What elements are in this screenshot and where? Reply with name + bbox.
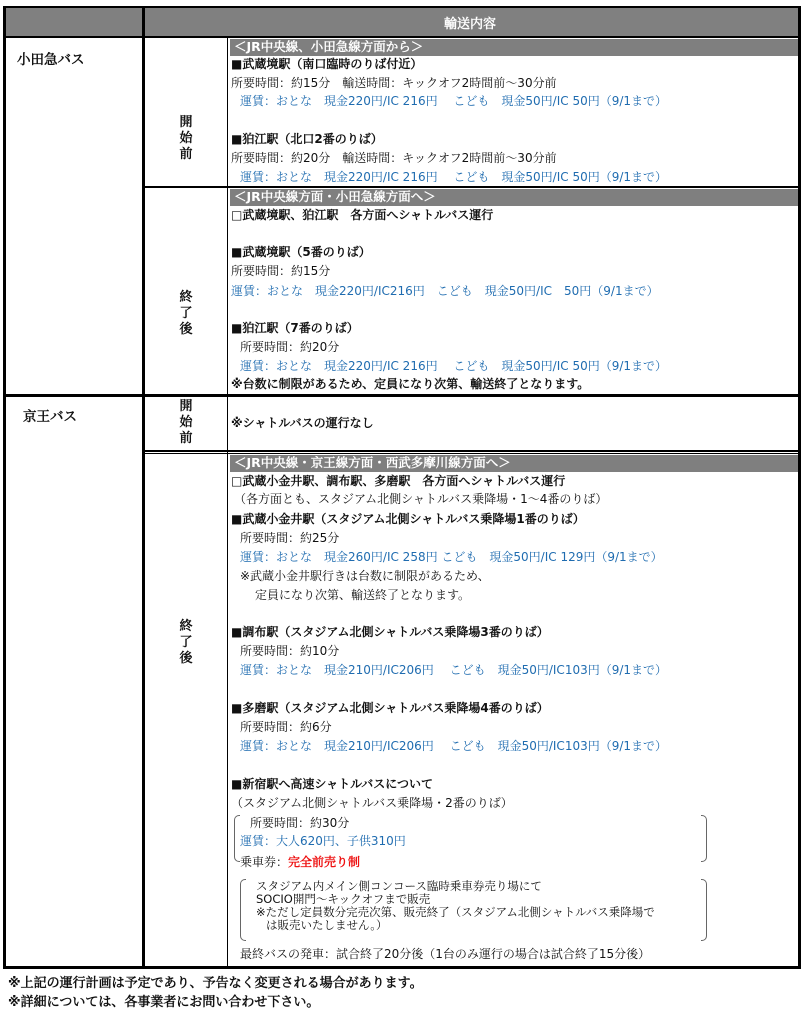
bracket <box>701 879 707 941</box>
stop-name: ■武蔵境駅（南口臨時のりば付近） <box>231 57 422 72</box>
phase-label-after: 終了後 <box>178 619 194 667</box>
stop-name: ■調布駅（スタジアム北側シャトルバス乗降場3番のりば） <box>231 625 549 640</box>
route-summary-sub: （各方面とも、スタジアム北側シャトルバス乗降場・1～4番のりば） <box>234 492 607 507</box>
last-bus: 最終バスの発車：試合終了20分後（1台のみ運行の場合は試合終了15分後） <box>240 947 650 962</box>
stop-note: 定員になり次第、輸送終了となります。 <box>255 588 470 603</box>
header-title: 輸送内容 <box>444 13 496 32</box>
footer-note: ※詳細については、各事業者にお問い合わせ下さい。 <box>8 991 319 1010</box>
stop-name: ■武蔵境駅（5番のりば） <box>231 245 371 260</box>
express-title: ■新宿駅へ高速シャトルバスについて <box>231 777 433 792</box>
bracket <box>701 815 707 862</box>
stop-name: ■武蔵小金井駅（スタジアム北側シャトルバス乗降場1番のりば） <box>231 512 585 527</box>
express-fare: 運賃：大人620円、子供310円 <box>240 834 406 849</box>
express-location: （スタジアム北側シャトルバス乗降場・2番のりば） <box>231 796 513 811</box>
travel-time: 所要時間：約25分 <box>240 531 339 546</box>
phase-label-after: 終了後 <box>178 290 194 338</box>
fare: 運賃：おとな 現金220円/IC 216円 こども 現金50円/IC 50円（9… <box>240 359 667 374</box>
capacity-note: ※台数に制限があるため、定員になり次第、輸送終了となります。 <box>231 377 589 392</box>
stop-name: ■狛江駅（北口2番のりば） <box>231 132 383 147</box>
border <box>3 6 6 969</box>
ticket-value: 完全前売り制 <box>288 855 360 869</box>
bracket <box>240 879 246 941</box>
stop-name: ■多磨駅（スタジアム北側シャトルバス乗降場4番のりば） <box>231 701 549 716</box>
footer-note: ※上記の運行計画は予定であり、予告なく変更される場合があります。 <box>8 972 423 991</box>
stop-name: ■狛江駅（7番のりば） <box>231 321 359 336</box>
ticket-label: 乗車券： <box>240 855 288 869</box>
operator-name: 京王バス <box>23 405 77 425</box>
fare: 運賃：おとな 現金220円/IC 216円 こども 現金50円/IC 50円（9… <box>240 94 667 109</box>
border <box>227 38 228 967</box>
fare: 運賃：おとな 現金220円/IC216円 こども 現金50円/IC 50円（9/… <box>231 284 659 299</box>
fare: 運賃：おとな 現金260円/IC 258円 こども 現金50円/IC 129円（… <box>240 550 663 565</box>
travel-time: 所要時間：約20分 輸送時間：キックオフ2時間前～30分前 <box>231 151 557 166</box>
fare: 運賃：おとな 現金210円/IC206円 こども 現金50円/IC103円（9/… <box>240 663 667 678</box>
border <box>142 453 801 454</box>
travel-time: 所要時間：約15分 輸送時間：キックオフ2時間前～30分前 <box>231 76 557 91</box>
route-summary: □武蔵境駅、狛江駅 各方面へシャトルバス運行 <box>231 208 493 223</box>
travel-time: 所要時間：約20分 <box>240 340 339 355</box>
border <box>3 966 801 969</box>
border <box>142 450 801 452</box>
fare: 運賃：おとな 現金220円/IC 216円 こども 現金50円/IC 50円（9… <box>240 170 667 185</box>
travel-time: 所要時間：約10分 <box>240 644 339 659</box>
phase-label-before: 開始前 <box>178 399 194 447</box>
section-title: ＜JR中央線・京王線方面・西武多摩川線方面へ＞ <box>230 455 798 472</box>
operator-name: 小田急バス <box>17 48 85 68</box>
sales-info: は販売いたしません。） <box>266 919 387 932</box>
stop-note: ※武蔵小金井駅行きは台数に制限があるため、 <box>240 569 490 584</box>
border <box>798 6 801 969</box>
border <box>3 6 801 8</box>
express-time: 所要時間：約30分 <box>250 816 349 831</box>
travel-time: 所要時間：約6分 <box>240 720 332 735</box>
travel-time: 所要時間：約15分 <box>231 264 330 279</box>
border <box>142 6 145 969</box>
route-summary: □武蔵小金井駅、調布駅、多磨駅 各方面へシャトルバス運行 <box>231 474 565 489</box>
phase-label-before: 開始前 <box>178 115 194 163</box>
border <box>3 36 801 38</box>
section-title: ＜JR中央線方面・小田急線方面へ＞ <box>230 189 798 206</box>
table-header <box>4 7 799 37</box>
ticket-line: 乗車券：完全前売り制 <box>240 855 360 870</box>
no-service-text: ※シャトルバスの運行なし <box>231 416 374 431</box>
section-title: ＜JR中央線、小田急線方面から＞ <box>230 39 798 56</box>
fare: 運賃：おとな 現金210円/IC206円 こども 現金50円/IC103円（9/… <box>240 739 667 754</box>
border <box>3 394 801 397</box>
border <box>142 186 801 188</box>
